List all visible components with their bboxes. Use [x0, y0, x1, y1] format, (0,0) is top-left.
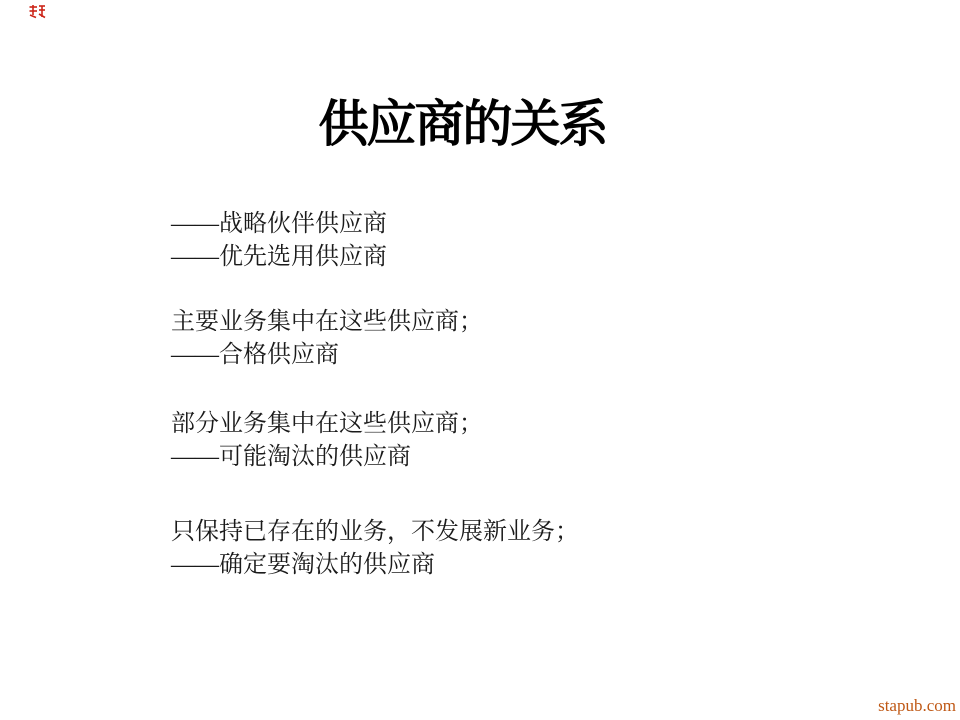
- slide-page: 供应商的关系 ――战略伙伴供应商 ――优先选用供应商 主要业务集中在这些供应商；…: [0, 0, 960, 720]
- text-group-possible-eliminate: 部分业务集中在这些供应商； ――可能淘汰的供应商: [171, 408, 483, 474]
- text-group-confirmed-eliminate: 只保持已存在的业务，不发展新业务； ――确定要淘汰的供应商: [171, 516, 579, 582]
- red-logo-icon: [28, 4, 46, 25]
- bullet-line: ――战略伙伴供应商: [171, 208, 387, 241]
- bullet-line: ――确定要淘汰的供应商: [171, 549, 579, 582]
- statement-line: 只保持已存在的业务，不发展新业务；: [171, 516, 579, 549]
- bullet-line: ――可能淘汰的供应商: [171, 441, 483, 474]
- text-group-qualified: 主要业务集中在这些供应商； ――合格供应商: [171, 306, 483, 372]
- statement-line: 部分业务集中在这些供应商；: [171, 408, 483, 441]
- text-group-partners: ――战略伙伴供应商 ――优先选用供应商: [171, 208, 387, 274]
- bullet-line: ――合格供应商: [171, 339, 483, 372]
- watermark-text: stapub.com: [878, 696, 956, 716]
- slide-title: 供应商的关系: [170, 92, 755, 156]
- bullet-line: ――优先选用供应商: [171, 241, 387, 274]
- statement-line: 主要业务集中在这些供应商；: [171, 306, 483, 339]
